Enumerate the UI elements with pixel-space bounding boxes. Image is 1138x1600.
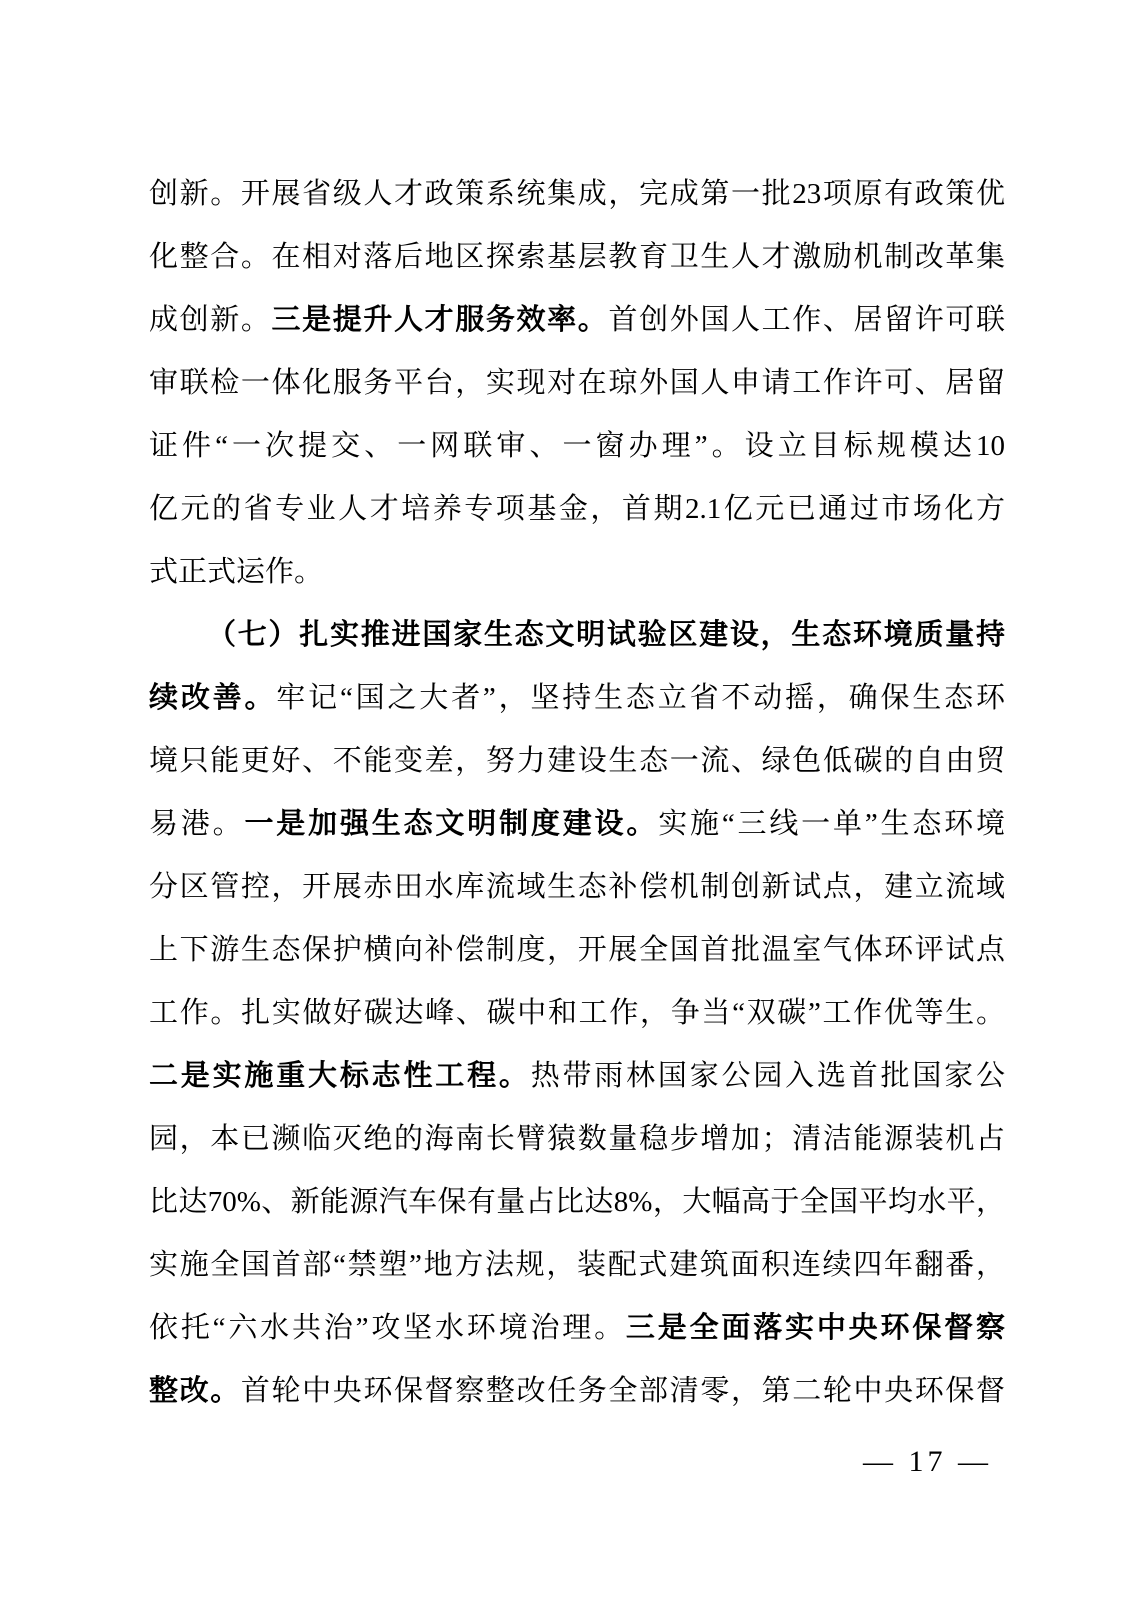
text-line-14: 工作。扎实做好碳达峰、碳中和工作，争当“双碳”工作优等生。 — [149, 982, 1005, 1045]
text-run: 实施“三线一单”生态环境 — [658, 808, 1005, 840]
text-run: 境只能更好、不能变差，努力建设生态一流、绿色低碳的自由贸 — [149, 745, 1005, 777]
text-run: 比达70%、新能源汽车保有量占比达8%，大幅高于全国平均水平， — [149, 1186, 1005, 1218]
text-run: 牢记“国之大者”，坚持生态立省不动摇，确保生态环 — [276, 682, 1005, 714]
text-run: 亿元的省专业人才培养专项基金，首期2.1亿元已通过市场化方 — [149, 493, 1005, 525]
text-line-9: 续改善。牢记“国之大者”，坚持生态立省不动摇，确保生态环 — [149, 667, 1005, 730]
text-line-17: 比达70%、新能源汽车保有量占比达8%，大幅高于全国平均水平， — [149, 1171, 1005, 1234]
text-run: 创新。开展省级人才政策系统集成，完成第一批23项原有政策优 — [149, 178, 1005, 210]
body-text: 创新。开展省级人才政策系统集成，完成第一批23项原有政策优 化整合。在相对落后地… — [149, 163, 1005, 1423]
text-run: 首创外国人工作、居留许可联 — [608, 304, 1005, 336]
text-run: 工作。扎实做好碳达峰、碳中和工作，争当“双碳”工作优等生。 — [149, 997, 1005, 1029]
text-line-16: 园，本已濒临灭绝的海南长臂猿数量稳步增加；清洁能源装机占 — [149, 1108, 1005, 1171]
text-run: 化整合。在相对落后地区探索基层教育卫生人才激励机制改革集 — [149, 241, 1005, 273]
text-run: 分区管控，开展赤田水库流域生态补偿机制创新试点，建立流域 — [149, 871, 1005, 903]
text-run: 依托“六水共治”攻坚水环境治理。 — [149, 1312, 626, 1344]
text-line-13: 上下游生态保护横向补偿制度，开展全国首批温室气体环评试点 — [149, 919, 1005, 982]
text-line-15: 二是实施重大标志性工程。热带雨林国家公园入选首批国家公 — [149, 1045, 1005, 1108]
text-run: 式正式运作。 — [149, 556, 323, 588]
section-heading-run: （七）扎实推进国家生态文明试验区建设，生态环境质量持 — [207, 619, 1005, 651]
section-heading-run: 续改善。 — [149, 682, 276, 714]
page-number: — 17 — — [863, 1442, 992, 1482]
text-line-1: 创新。开展省级人才政策系统集成，完成第一批23项原有政策优 — [149, 163, 1005, 226]
text-line-8-section-heading: （七）扎实推进国家生态文明试验区建设，生态环境质量持 — [149, 604, 1005, 667]
text-run: 审联检一体化服务平台，实现对在琼外国人申请工作许可、居留 — [149, 367, 1005, 399]
bold-subheader-continuation: 整改。 — [149, 1375, 241, 1407]
text-run: 首轮中央环保督察整改任务全部清零，第二轮中央环保督 — [241, 1375, 1005, 1407]
text-line-20: 整改。首轮中央环保督察整改任务全部清零，第二轮中央环保督 — [149, 1360, 1005, 1423]
text-run: 实施全国首部“禁塑”地方法规，装配式建筑面积连续四年翻番， — [149, 1249, 1005, 1281]
text-line-6: 亿元的省专业人才培养专项基金，首期2.1亿元已通过市场化方 — [149, 478, 1005, 541]
text-line-3: 成创新。三是提升人才服务效率。首创外国人工作、居留许可联 — [149, 289, 1005, 352]
text-line-19: 依托“六水共治”攻坚水环境治理。三是全面落实中央环保督察 — [149, 1297, 1005, 1360]
document-page: 创新。开展省级人才政策系统集成，完成第一批23项原有政策优 化整合。在相对落后地… — [0, 0, 1138, 1600]
text-run: 上下游生态保护横向补偿制度，开展全国首批温室气体环评试点 — [149, 934, 1005, 966]
text-run: 园，本已濒临灭绝的海南长臂猿数量稳步增加；清洁能源装机占 — [149, 1123, 1005, 1155]
text-line-2: 化整合。在相对落后地区探索基层教育卫生人才激励机制改革集 — [149, 226, 1005, 289]
text-line-7: 式正式运作。 — [149, 541, 1005, 604]
text-line-10: 境只能更好、不能变差，努力建设生态一流、绿色低碳的自由贸 — [149, 730, 1005, 793]
bold-subheader-three-env: 三是全面落实中央环保督察 — [626, 1312, 1005, 1344]
text-line-5: 证件“一次提交、一网联审、一窗办理”。设立目标规模达10 — [149, 415, 1005, 478]
bold-subheader-one: 一是加强生态文明制度建设。 — [244, 808, 658, 840]
text-line-11: 易港。一是加强生态文明制度建设。实施“三线一单”生态环境 — [149, 793, 1005, 856]
text-line-12: 分区管控，开展赤田水库流域生态补偿机制创新试点，建立流域 — [149, 856, 1005, 919]
bold-subheader-two: 二是实施重大标志性工程。 — [149, 1060, 531, 1092]
text-line-4: 审联检一体化服务平台，实现对在琼外国人申请工作许可、居留 — [149, 352, 1005, 415]
text-line-18: 实施全国首部“禁塑”地方法规，装配式建筑面积连续四年翻番， — [149, 1234, 1005, 1297]
bold-subheader-three: 三是提升人才服务效率。 — [272, 304, 609, 336]
text-run: 成创新。 — [149, 304, 272, 336]
text-run: 证件“一次提交、一网联审、一窗办理”。设立目标规模达10 — [149, 430, 1005, 462]
text-run: 易港。 — [149, 808, 244, 840]
text-run: 热带雨林国家公园入选首批国家公 — [531, 1060, 1005, 1092]
